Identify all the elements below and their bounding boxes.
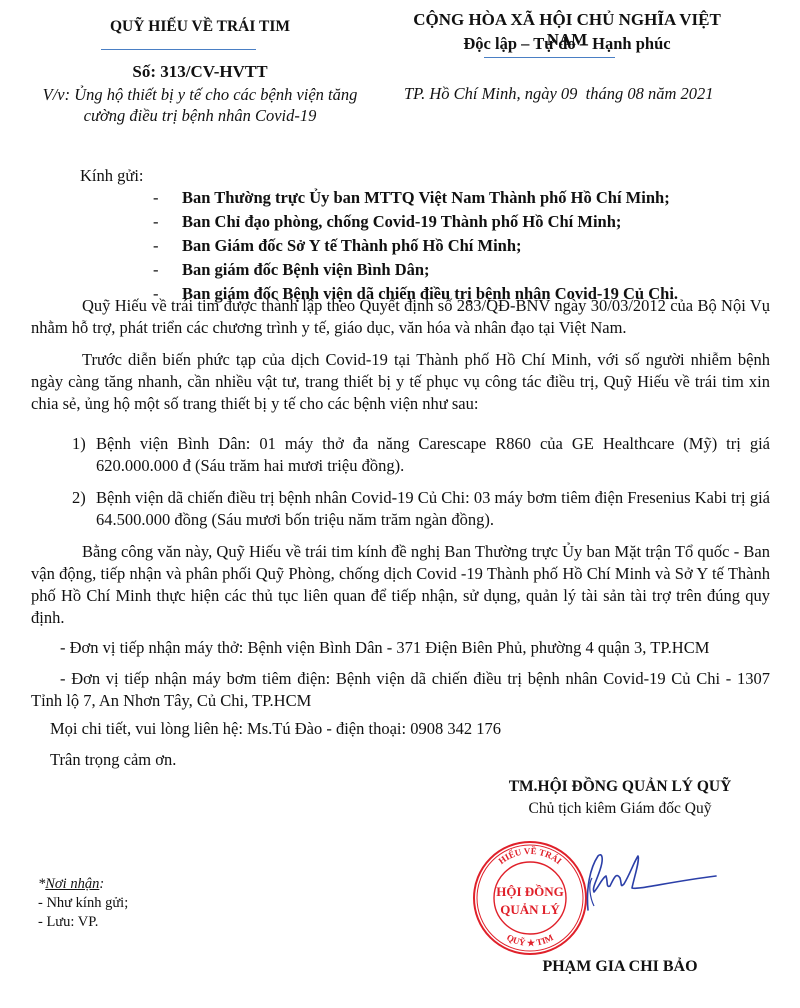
donation-item: 1) Bệnh viện Bình Dân: 01 máy thở đa năn… [72,433,770,477]
bullet-dash: - [153,234,159,258]
paragraph-pump-recipient: - Đơn vị tiếp nhận máy bơm tiêm điện: Bệ… [31,668,770,712]
donation-item: 2) Bệnh viện dã chiến điều trị bệnh nhân… [72,487,770,531]
paragraph-contact: Mọi chi tiết, vui lòng liên hệ: Ms.Tú Đà… [50,718,750,740]
distribution-list: *Nơi nhận: - Như kính gửi; - Lưu: VP. [38,875,128,932]
place-and-date: TP. Hồ Chí Minh, ngày 09 tháng 08 năm 20… [404,84,754,104]
paragraph-ventilator-recipient: - Đơn vị tiếp nhận máy thở: Bệnh viện Bì… [31,637,770,659]
recipient-text: Ban giám đốc Bệnh viện Bình Dân; [182,258,430,282]
bullet-dash: - [153,186,159,210]
recipient-text: Ban Chỉ đạo phòng, chống Covid-19 Thành … [182,210,621,234]
organization-name: QUỸ HIẾU VỀ TRÁI TIM [60,18,340,36]
paragraph-request: Bằng công văn này, Quỹ Hiếu về trái tim … [31,541,770,629]
stamp-center-line-2: QUẢN LÝ [500,902,560,917]
svg-text:HIẾU VỀ TRÁI: HIẾU VỀ TRÁI [497,846,564,867]
distribution-label: Nơi nhận [45,876,99,892]
signature-title: Chủ tịch kiêm Giám đốc Quỹ [460,800,780,818]
recipient-item: -Ban giám đốc Bệnh viện Bình Dân; [0,258,800,282]
bullet-dash: - [153,210,159,234]
stamp-ring-top: HIẾU VỀ TRÁI [497,846,564,867]
recipient-text: Ban Giám đốc Sở Y tế Thành phố Hồ Chí Mi… [182,234,522,258]
recipient-item: -Ban Thường trực Ủy ban MTTQ Việt Nam Th… [0,186,800,210]
recipient-text: Ban Thường trực Ủy ban MTTQ Việt Nam Thà… [182,186,670,210]
signature-organization: TM.HỘI ĐỒNG QUẢN LÝ QUỸ [460,778,780,796]
distribution-heading: *Nơi nhận: [38,875,128,894]
paragraph-thanks: Trân trọng cảm ơn. [50,749,750,771]
document-subject: V/v: Ủng hộ thiết bị y tế cho các bệnh v… [20,84,380,126]
motto-underline [484,57,615,58]
item-number: 1) [72,433,86,455]
national-motto: Độc lập – Tự do – Hạnh phúc [402,34,732,54]
document-number: Số: 313/CV-HVTT [60,62,340,82]
bullet-dash: - [153,258,159,282]
distribution-line: - Như kính gửi; [38,894,128,913]
greeting: Kính gửi: [80,166,144,186]
recipient-item: -Ban Giám đốc Sở Y tế Thành phố Hồ Chí M… [0,234,800,258]
recipient-list: -Ban Thường trực Ủy ban MTTQ Việt Nam Th… [0,186,800,306]
paragraph-context: Trước diễn biến phức tạp của dịch Covid-… [31,349,770,415]
item-text: Bệnh viện Bình Dân: 01 máy thở đa năng C… [96,433,770,477]
signer-name: PHẠM GIA CHI BẢO [460,958,780,976]
handwritten-signature-icon [568,848,718,918]
item-text: Bệnh viện dã chiến điều trị bệnh nhân Co… [96,487,770,531]
subject-line-1: V/v: Ủng hộ thiết bị y tế cho các bệnh v… [20,84,380,105]
subject-line-2: cường điều trị bệnh nhân Covid-19 [20,105,380,126]
item-number: 2) [72,487,86,509]
stamp-center-line-1: HỘI ĐỒNG [496,884,564,899]
distribution-line: - Lưu: VP. [38,913,128,932]
paragraph-foundation-intro: Quỹ Hiếu về trái tim được thành lập theo… [31,295,770,339]
recipient-item: -Ban Chỉ đạo phòng, chống Covid-19 Thành… [0,210,800,234]
organization-underline [101,49,256,50]
